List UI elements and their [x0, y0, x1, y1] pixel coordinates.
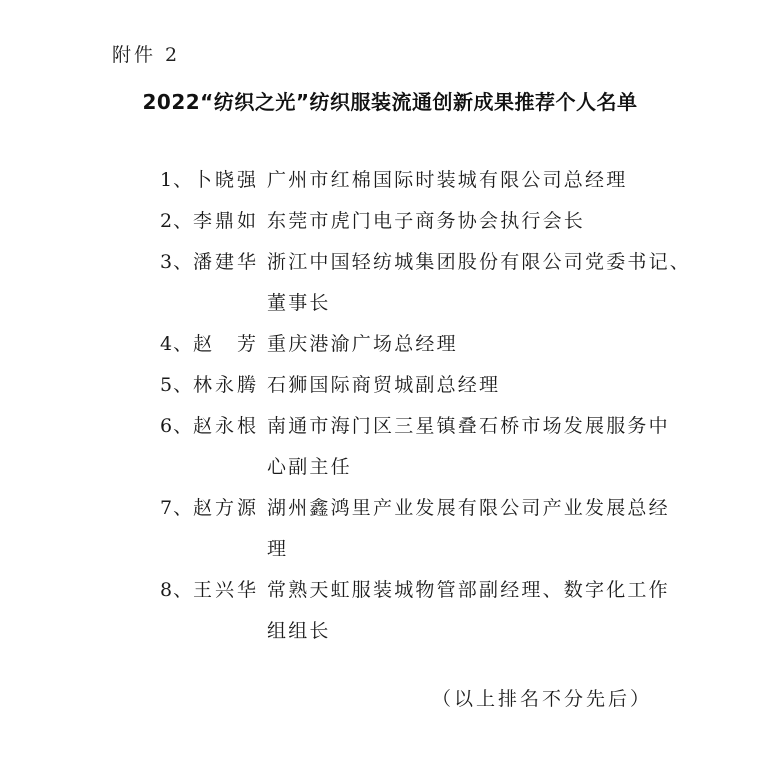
entry-description-continued: 董事长 [267, 289, 331, 317]
entry-number: 6、 [160, 412, 193, 440]
ordering-note: （以上排名不分先后） [432, 684, 652, 711]
entry-number: 4、 [160, 330, 193, 358]
entry-name: 卜晓强 [193, 166, 259, 194]
entry-description-continued: 心副主任 [267, 453, 352, 481]
entry-number: 7、 [160, 494, 193, 522]
list-item: 6、 赵永根 南通市海门区三星镇叠石桥市场发展服务中 心副主任 [0, 412, 780, 494]
nominee-list: 1、 卜晓强 广州市红棉国际时装城有限公司总经理 2、 李鼎如 东莞市虎门电子商… [0, 166, 780, 658]
entry-description: 常熟天虹服装城物管部副经理、数字化工作 [267, 576, 670, 604]
entry-name: 林永腾 [193, 371, 259, 399]
entry-description: 东莞市虎门电子商务协会执行会长 [267, 207, 585, 235]
entry-number: 5、 [160, 371, 193, 399]
entry-description-continued: 组组长 [267, 617, 331, 645]
entry-name: 王兴华 [193, 576, 259, 604]
entry-description: 浙江中国轻纺城集团股份有限公司党委书记、 [267, 248, 691, 276]
document-title: 2022“纺织之光”纺织服装流通创新成果推荐个人名单 [0, 86, 780, 115]
entry-name: 潘建华 [193, 248, 259, 276]
list-item: 5、 林永腾 石狮国际商贸城副总经理 [0, 371, 780, 412]
entry-number: 2、 [160, 207, 193, 235]
list-item: 7、 赵方源 湖州鑫鸿里产业发展有限公司产业发展总经 理 [0, 494, 780, 576]
list-item: 1、 卜晓强 广州市红棉国际时装城有限公司总经理 [0, 166, 780, 207]
entry-number: 8、 [160, 576, 193, 604]
list-item: 2、 李鼎如 东莞市虎门电子商务协会执行会长 [0, 207, 780, 248]
entry-name: 赵永根 [193, 412, 259, 440]
entry-description: 石狮国际商贸城副总经理 [267, 371, 500, 399]
list-item: 3、 潘建华 浙江中国轻纺城集团股份有限公司党委书记、 董事长 [0, 248, 780, 330]
list-item: 8、 王兴华 常熟天虹服装城物管部副经理、数字化工作 组组长 [0, 576, 780, 658]
entry-description: 重庆港渝广场总经理 [267, 330, 458, 358]
entry-description: 南通市海门区三星镇叠石桥市场发展服务中 [267, 412, 670, 440]
list-item: 4、 赵 芳 重庆港渝广场总经理 [0, 330, 780, 371]
entry-description: 广州市红棉国际时装城有限公司总经理 [267, 166, 627, 194]
entry-name: 李鼎如 [193, 207, 259, 235]
entry-description: 湖州鑫鸿里产业发展有限公司产业发展总经 [267, 494, 670, 522]
attachment-label: 附件 2 [112, 40, 180, 67]
entry-number: 1、 [160, 166, 193, 194]
entry-number: 3、 [160, 248, 193, 276]
entry-name: 赵 芳 [193, 330, 259, 358]
entry-name: 赵方源 [193, 494, 259, 522]
entry-description-continued: 理 [267, 535, 288, 563]
